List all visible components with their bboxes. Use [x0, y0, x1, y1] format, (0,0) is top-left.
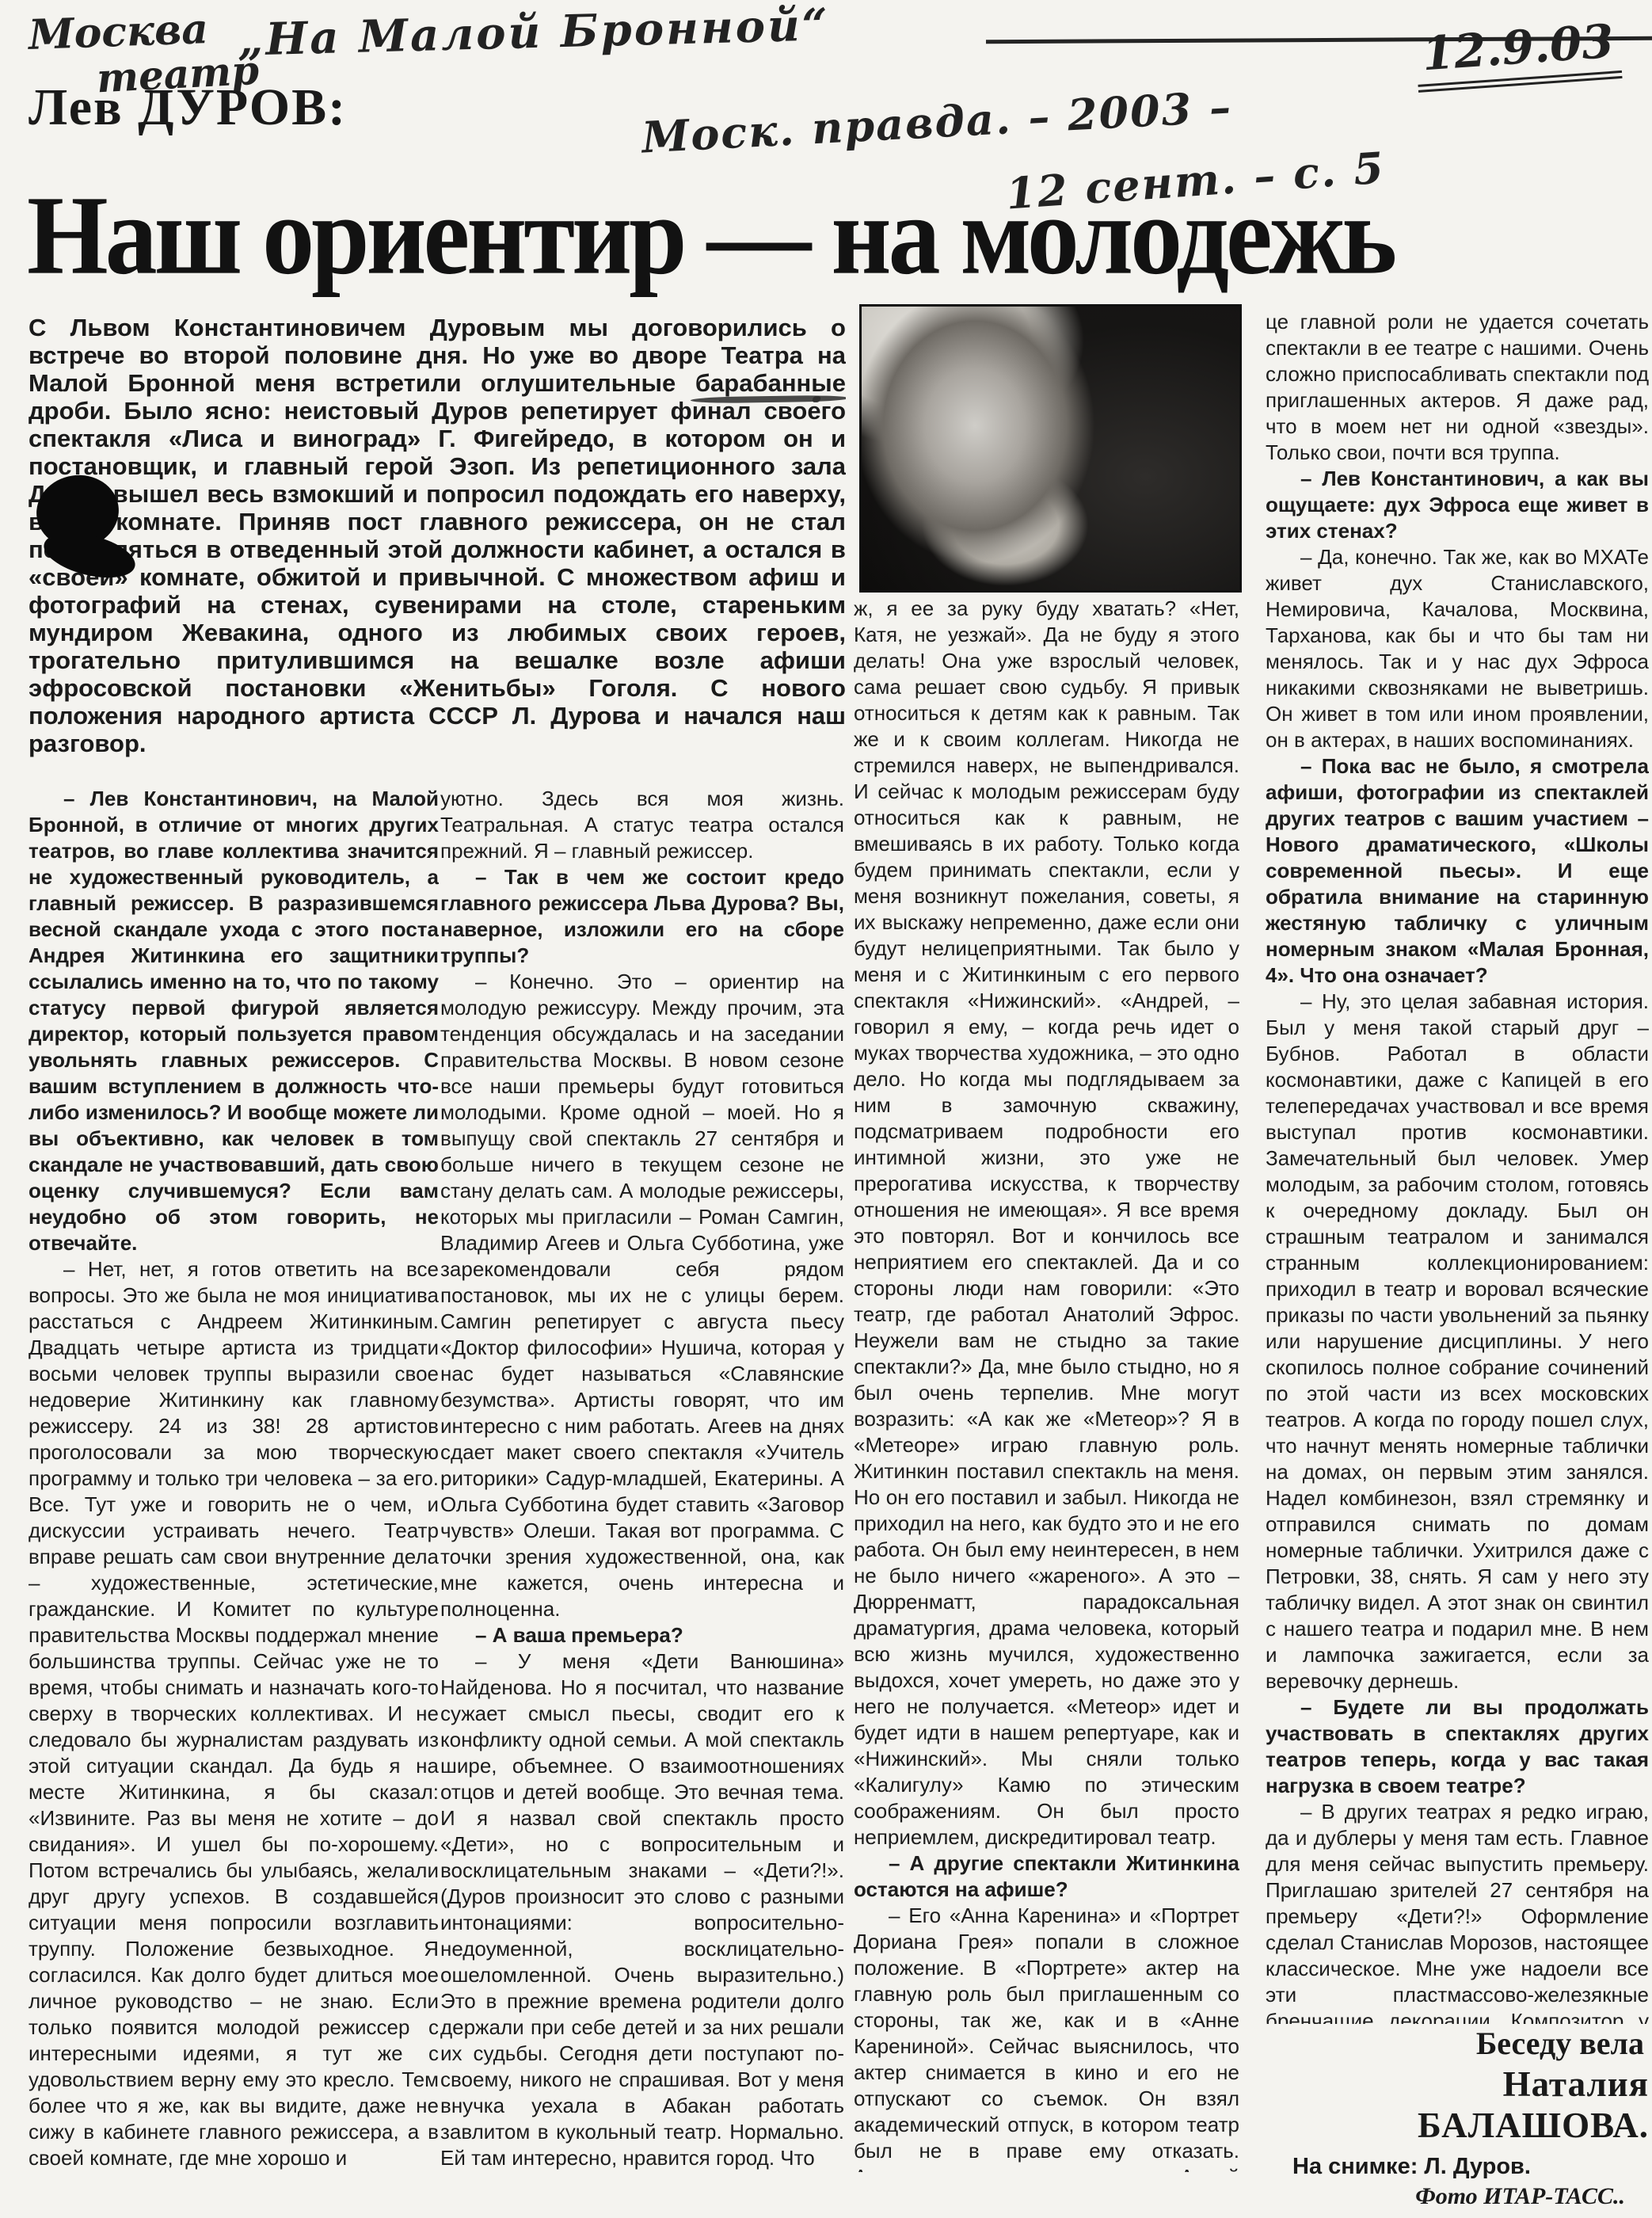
- signature-author: Наталия БАЛАШОВА.: [1266, 2064, 1649, 2146]
- handwritten-date: 12.9.03: [1414, 13, 1622, 93]
- article-paragraph: це главной роли не удается сочетать спек…: [1266, 309, 1649, 466]
- signature-byline-intro: Беседу вела: [1266, 2025, 1649, 2062]
- article-paragraph: – Конечно. Это – ориентир на молодую реж…: [440, 969, 844, 1622]
- lead-text: С Львом Константиновичем Дуровым мы дого…: [29, 314, 846, 369]
- signature-block: Беседу вела Наталия БАЛАШОВА. На снимке:…: [1266, 2025, 1649, 2210]
- newspaper-page: Москва театр „На Малой Бронной“ 12.9.03 …: [0, 0, 1652, 2218]
- handwritten-theatre-name: „На Малой Бронной“: [237, 0, 830, 67]
- photo-credit: Фото ИТАР-ТАСС..: [1266, 2183, 1649, 2210]
- article-paragraph: – Его «Анна Каренина» и «Портрет Дориана…: [854, 1903, 1239, 2172]
- photo-lev-durov: [859, 304, 1242, 593]
- article-paragraph: – Так в чем же состоит кредо главного ре…: [440, 864, 844, 969]
- article-paragraph: – В других театрах я редко играю, да и д…: [1266, 1799, 1649, 2024]
- article-paragraph: – Лев Константинович, на Малой Бронной, …: [29, 786, 439, 1256]
- lead-text: меня встретили оглушительные: [235, 369, 695, 397]
- lead-text: дроби. Было ясно: неистовый Дуров репети…: [29, 397, 846, 757]
- column-3: ж, я ее за руку буду хватать? «Нет, Катя…: [854, 596, 1239, 2172]
- photo-caption: На снимке: Л. Дуров.: [1266, 2154, 1649, 2180]
- article-paragraph: – Да, конечно. Так же, как во МХАТе живе…: [1266, 544, 1649, 753]
- column-1: – Лев Константинович, на Малой Бронной, …: [29, 786, 439, 2212]
- article-paragraph: – У меня «Дети Ванюшина» Найденова. Но я…: [440, 1648, 844, 2171]
- article-paragraph: – А ваша премьера?: [440, 1622, 844, 1648]
- column-2: уютно. Здесь вся моя жизнь. Театральная.…: [440, 786, 844, 2212]
- column-4: це главной роли не удается сочетать спек…: [1266, 309, 1649, 2024]
- article-paragraph: – Нет, нет, я готов ответить на все вопр…: [29, 1256, 439, 2171]
- article-paragraph: уютно. Здесь вся моя жизнь. Театральная.…: [440, 786, 844, 864]
- article-paragraph: – А другие спектакли Житинкина остаются …: [854, 1850, 1239, 1903]
- article-paragraph: ж, я ее за руку буду хватать? «Нет, Катя…: [854, 596, 1239, 1850]
- lead-paragraph: С Львом Константиновичем Дуровым мы дого…: [29, 314, 846, 784]
- headline: Наш ориентир — на молодежь: [27, 170, 1635, 300]
- lead-underlined-phrase: барабанные: [695, 369, 846, 397]
- article-paragraph: – Пока вас не было, я смотрела афиши, фо…: [1266, 753, 1649, 989]
- article-paragraph: – Ну, это целая забавная история. Был у …: [1266, 989, 1649, 1694]
- kicker-author-name: Лев ДУРОВ:: [29, 78, 347, 138]
- article-paragraph: – Будете ли вы продолжать участвовать в …: [1266, 1694, 1649, 1799]
- article-paragraph: – Лев Константинович, а как вы ощущаете:…: [1266, 466, 1649, 544]
- handwritten-source-line1: Моск. правда. – 2003 –: [641, 82, 1234, 163]
